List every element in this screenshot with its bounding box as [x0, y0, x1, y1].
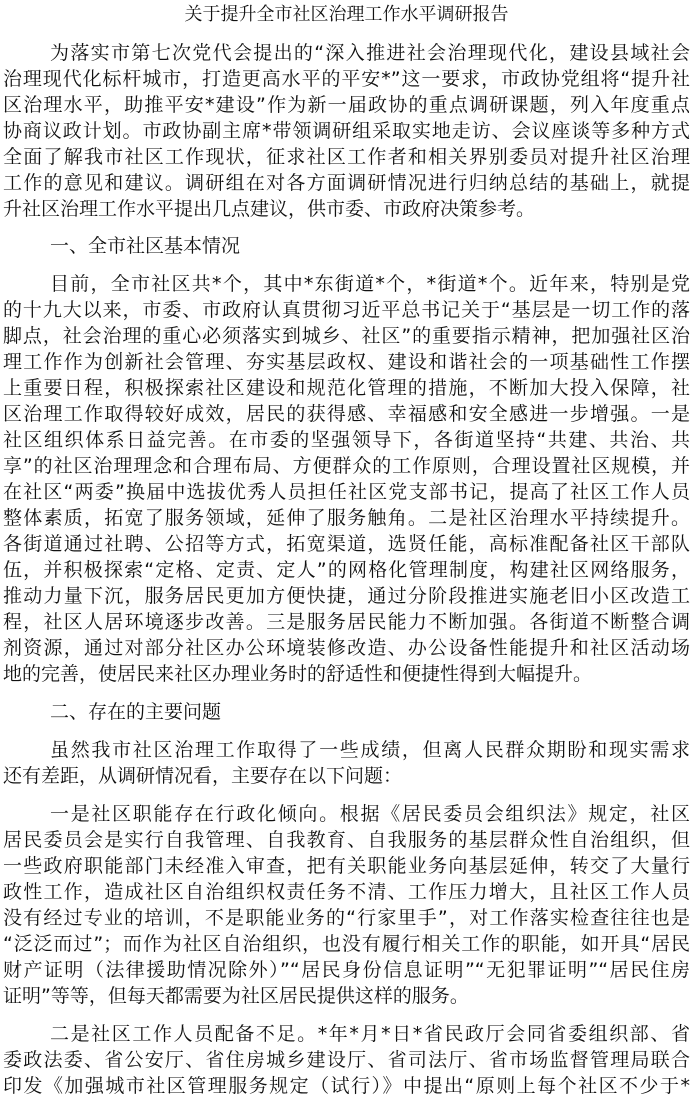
paragraph-4-line-4: 政性工作，造成社区自治组织权责任务不清、工作压力增大，且社区工作人员: [3, 879, 690, 905]
paragraph-4-line-7: 财产证明（法律援助情况除外）”“居民身份信息证明”“无犯罪证明”“居民住房: [3, 957, 690, 983]
paragraph-2-line-15: 剂资源，通过对部分社区办公环境装修改造、办公设备性能提升和社区活动场: [3, 635, 690, 661]
paragraph-2-line-13: 推动力量下沉，服务居民更加方便快捷，通过分阶段推进实施老旧小区改造工: [3, 583, 690, 609]
paragraph-2-line-7: 社区组织体系日益完善。在市委的坚强领导下，各街道坚持“共建、共治、共: [3, 427, 690, 453]
paragraph-1-line-5: 全面了解我市社区工作现状，征求社区工作者和相关界别委员对提升社区治理: [3, 144, 690, 170]
paragraph-1-line-2: 治理现代化标杆城市，打造更高水平的平安*”这一要求，市政协党组将“提升社: [3, 66, 690, 92]
paragraph-4-line-6: “泛泛而过”；而作为社区自治组织，也没有履行相关工作的职能，如开具“居民: [3, 931, 690, 957]
paragraph-2-line-11: 各街道通过社聘、公招等方式，拓宽渠道，选贤任能，高标准配备社区干部队: [3, 531, 690, 557]
paragraph-4-line-2: 居民委员会是实行自我管理、自我教育、自我服务的基层群众性自治组织，但: [3, 827, 690, 853]
paragraph-2-line-6: 区治理工作取得较好成效，居民的获得感、幸福感和安全感进一步增强。一是: [3, 401, 690, 427]
paragraph-4-line-3: 一些政府职能部门未经准入审查，把有关职能业务向基层延伸，转交了大量行: [3, 853, 690, 879]
paragraph-5-line-1: 二是社区工作人员配备不足。*年*月*日*省民政厅会同省委组织部、省: [50, 1021, 690, 1047]
paragraph-2-line-16: 地的完善，使居民来社区办理业务时的舒适性和便捷性得到大幅提升。: [3, 661, 690, 687]
paragraph-2-line-5: 上重要日程，积极探索社区建设和规范化管理的措施，不断加大投入保障，社: [3, 375, 690, 401]
paragraph-2-line-9: 在社区“两委”换届中选拔优秀人员担任社区党支部书记，提高了社区工作人员: [3, 479, 690, 505]
paragraph-2-line-8: 享”的社区治理理念和合理布局、方便群众的工作原则，合理设置社区规模，并: [3, 453, 690, 479]
section-heading-1: 一、全市社区基本情况: [50, 233, 240, 259]
paragraph-2-line-1: 目前，全市社区共*个，其中*东街道*个，*街道*个。近年来，特别是党: [50, 271, 690, 297]
paragraph-2-line-3: 脚点，社会治理的重心必须落实到城乡、社区”的重要指示精神，把加强社区治: [3, 323, 690, 349]
paragraph-4-line-5: 没有经过专业的培训，不是职能业务的“行家里手”，对工作落实检查往往也是: [3, 905, 690, 931]
paragraph-3-line-1: 虽然我市社区治理工作取得了一些成绩，但离人民群众期盼和现实需求: [50, 737, 690, 763]
paragraph-5-line-2: 委政法委、省公安厅、省住房城乡建设厅、省司法厅、省市场监督管理局联合: [3, 1047, 690, 1073]
paragraph-1-line-4: 协商议政计划。市政协副主席*带领调研组采取实地走访、会议座谈等多种方式: [3, 118, 690, 144]
paragraph-1-line-6: 工作的意见和建议。调研组在对各方面调研情况进行归纳总结的基础上，就提: [3, 170, 690, 196]
paragraph-3-line-2: 还有差距，从调研情况看，主要存在以下问题：: [3, 763, 690, 789]
paragraph-4-line-1: 一是社区职能存在行政化倾向。根据《居民委员会组织法》规定，社区: [50, 801, 690, 827]
paragraph-1-line-7: 升社区治理工作水平提出几点建议，供市委、市政府决策参考。: [3, 196, 690, 222]
paragraph-1-line-1: 为落实市第七次党代会提出的“深入推进社会治理现代化，建设县域社会: [50, 40, 690, 66]
paragraph-2-line-14: 程，社区人居环境逐步改善。三是服务居民能力不断加强。各街道不断整合调: [3, 609, 690, 635]
paragraph-2-line-2: 的十九大以来，市委、市政府认真贯彻习近平总书记关于“基层是一切工作的落: [3, 297, 690, 323]
document-page: 关于提升全市社区治理工作水平调研报告 为落实市第七次党代会提出的“深入推进社会治…: [0, 0, 693, 1097]
paragraph-2-line-4: 理工作作为创新社会管理、夯实基层政权、建设和谐社会的一项基础性工作摆: [3, 349, 690, 375]
paragraph-1-line-3: 区治理水平，助推平安*建设”作为新一届政协的重点调研课题，列入年度重点: [3, 92, 690, 118]
section-heading-2: 二、存在的主要问题: [50, 699, 221, 725]
paragraph-2-line-12: 伍，并积极探索“定格、定责、定人”的网格化管理制度，构建社区网络服务，: [3, 557, 690, 583]
paragraph-2-line-10: 整体素质，拓宽了服务领域，延伸了服务触角。二是社区治理水平持续提升。: [3, 505, 690, 531]
paragraph-4-line-8: 证明”等等，但每天都需要为社区居民提供这样的服务。: [3, 983, 690, 1009]
document-title: 关于提升全市社区治理工作水平调研报告: [0, 2, 693, 28]
paragraph-5-line-3: 印发《加强城市社区管理服务规定（试行）》中提出“原则上每个社区不少于*: [3, 1073, 690, 1097]
